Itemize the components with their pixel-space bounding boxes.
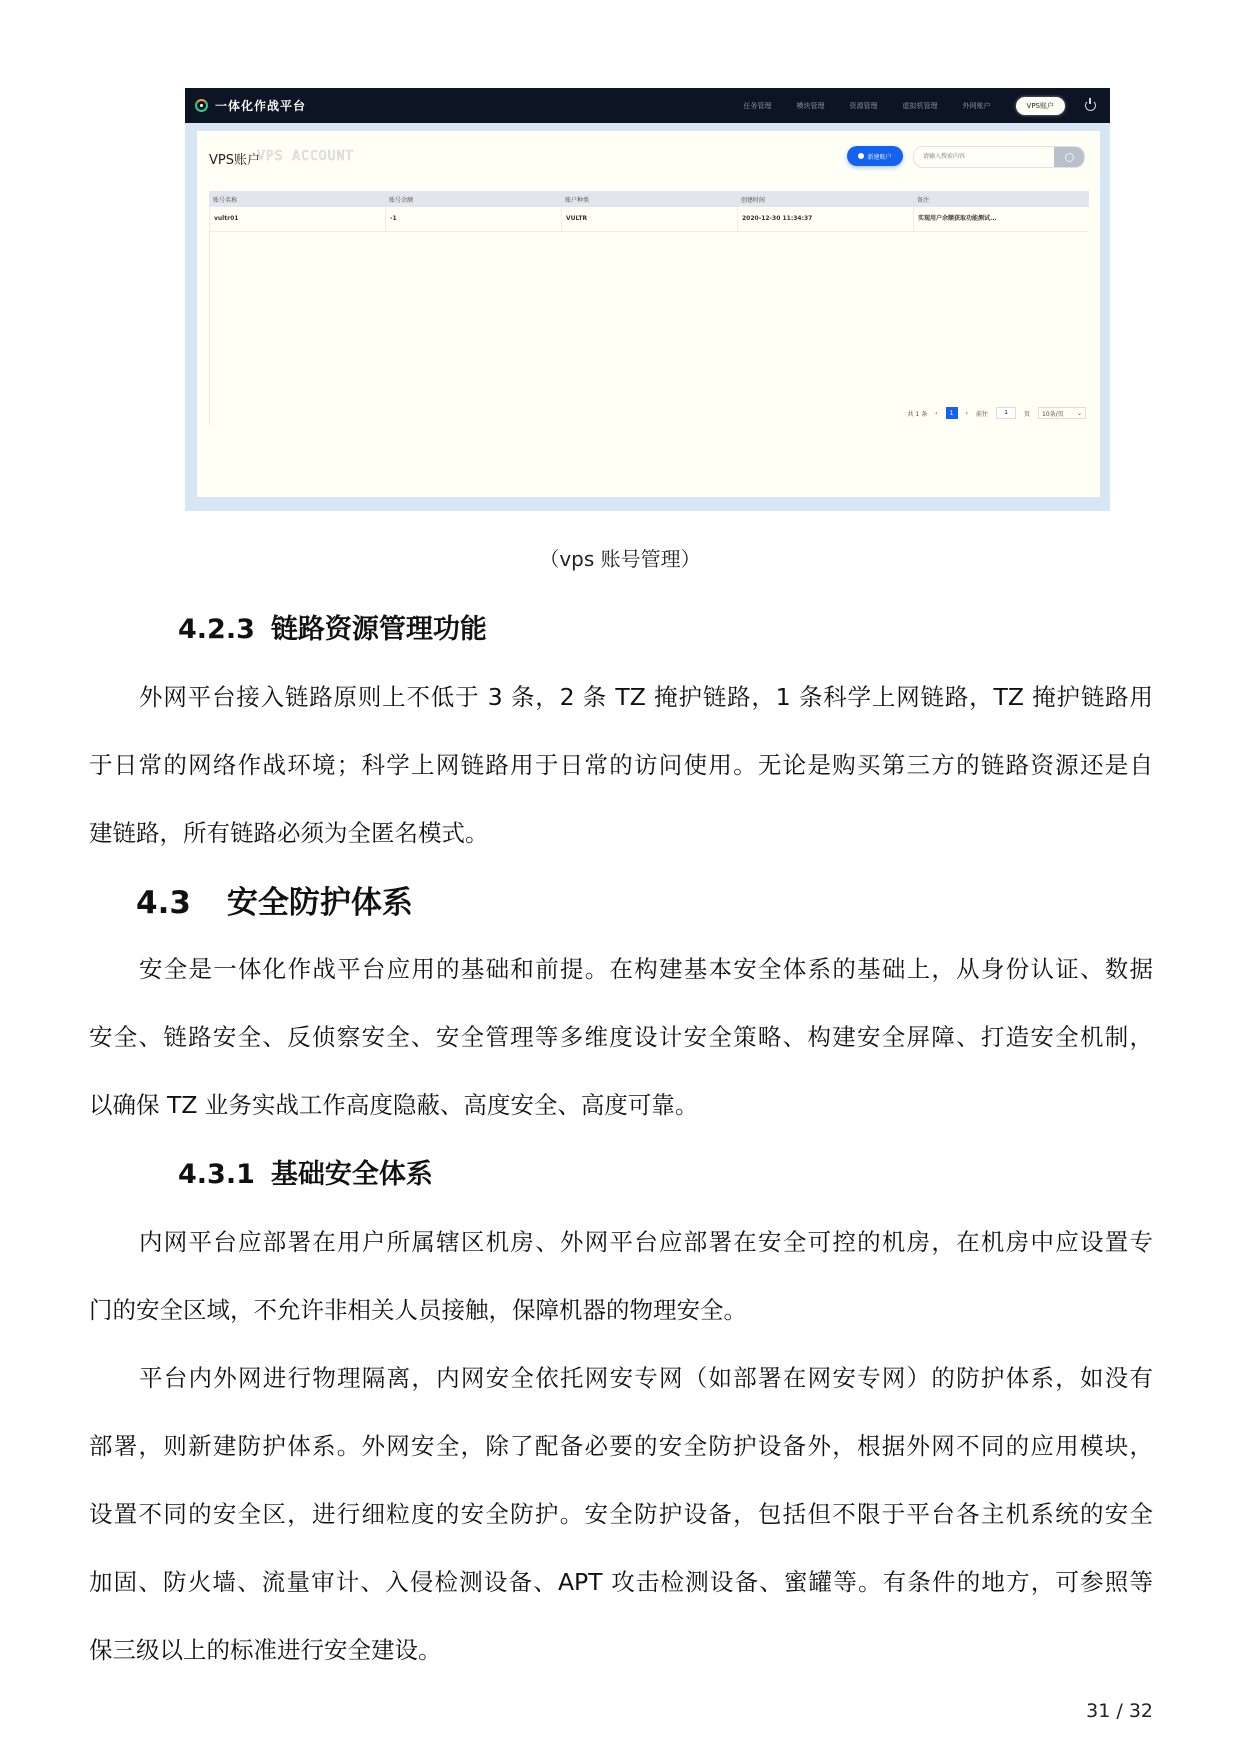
top-nav: 任务管理 模块管理 资源管理 虚拟机管理 外网账户 VPS账户 (744, 88, 1110, 123)
cell-created-time: 2020-12-30 11:34:37 (737, 207, 913, 231)
goto-page-input[interactable] (996, 407, 1016, 419)
table-header: 账号名称 账号余额 账户种类 创建时间 备注 (209, 191, 1089, 207)
heading-text: 安全防护体系 (227, 885, 413, 921)
search-button[interactable] (1054, 147, 1084, 167)
figure-caption: （vps 账号管理） (0, 543, 1240, 572)
app-header: 一体化作战平台 任务管理 模块管理 资源管理 虚拟机管理 外网账户 VPS账户 (185, 88, 1110, 123)
cell-remark: 实现用户余额获取功能测试... (913, 207, 1089, 231)
col-created-time[interactable]: 创建时间 (737, 195, 913, 204)
goto-suffix: 页 (1024, 409, 1030, 418)
paragraph-line: 设置不同的安全区，进行细粒度的安全防护。安全防护设备，包括但不限于平台各主机系统… (89, 1495, 1153, 1529)
heading-number: 4.2.3 (178, 614, 255, 645)
embedded-screenshot: 一体化作战平台 任务管理 模块管理 资源管理 虚拟机管理 外网账户 VPS账户 … (185, 88, 1110, 511)
page-size-select[interactable]: 10条/页 ⌄ (1038, 407, 1086, 419)
total-count: 共 1 条 (908, 409, 928, 418)
page-title: VPS账户 (209, 149, 260, 168)
paragraph-line: 保三级以上的标准进行安全建设。 (89, 1631, 1153, 1665)
content-card: VPS账户 VPS ACCOUNT 新建账户 账号名称 账号余额 账户种类 创建… (197, 131, 1100, 497)
heading-4-2-3: 4.2.3链路资源管理功能 (178, 607, 487, 646)
plus-icon (858, 153, 864, 159)
col-remark[interactable]: 备注 (913, 195, 1089, 204)
col-balance[interactable]: 账号余额 (385, 195, 561, 204)
search-box (913, 146, 1085, 168)
col-account-type[interactable]: 账户种类 (561, 195, 737, 204)
paragraph-line: 门的安全区域，不允许非相关人员接触，保障机器的物理安全。 (89, 1291, 1153, 1325)
page-title-en: VPS ACCOUNT (257, 149, 354, 164)
nav-module-management[interactable]: 模块管理 (797, 101, 825, 111)
search-icon (1065, 153, 1074, 162)
paragraph-line: 外网平台接入链路原则上不低于 3 条，2 条 TZ 掩护链路，1 条科学上网链路… (139, 678, 1153, 712)
heading-text: 基础安全体系 (271, 1159, 433, 1190)
goto-label: 前往 (976, 409, 988, 418)
app-title: 一体化作战平台 (215, 97, 306, 114)
page-number-current[interactable]: 1 (946, 407, 958, 419)
paragraph-line: 安全是一体化作战平台应用的基础和前提。在构建基本安全体系的基础上，从身份认证、数… (139, 950, 1153, 984)
nav-vm-management[interactable]: 虚拟机管理 (903, 101, 938, 111)
pagination: 共 1 条 ‹ 1 › 前往 页 10条/页 ⌄ (900, 407, 1086, 419)
heading-number: 4.3 (136, 885, 191, 921)
page-number: 31 / 32 (1086, 1700, 1153, 1722)
table-row[interactable]: vultr01 -1 VULTR 2020-12-30 11:34:37 实现用… (209, 207, 1089, 232)
paragraph-line: 于日常的网络作战环境；科学上网链路用于日常的访问使用。无论是购买第三方的链路资源… (89, 746, 1153, 780)
nav-task-management[interactable]: 任务管理 (744, 101, 772, 111)
paragraph-line: 加固、防火墙、流量审计、入侵检测设备、APT 攻击检测设备、蜜罐等。有条件的地方… (89, 1563, 1153, 1597)
col-account-name[interactable]: 账号名称 (209, 195, 385, 204)
vps-account-table: 账号名称 账号余额 账户种类 创建时间 备注 vultr01 -1 VULTR … (209, 191, 1089, 425)
next-page-button[interactable]: › (966, 410, 968, 417)
nav-vps-account[interactable]: VPS账户 (1016, 97, 1065, 115)
paragraph-line: 以确保 TZ 业务实战工作高度隐蔽、高度安全、高度可靠。 (89, 1086, 1153, 1120)
paragraph-line: 平台内外网进行物理隔离，内网安全依托网安专网（如部署在网安专网）的防护体系，如没… (139, 1359, 1153, 1393)
power-icon[interactable] (1085, 100, 1096, 111)
nav-external-account[interactable]: 外网账户 (963, 101, 991, 111)
paragraph-line: 内网平台应部署在用户所属辖区机房、外网平台应部署在安全可控的机房，在机房中应设置… (139, 1223, 1153, 1257)
table-empty-area (209, 232, 1089, 425)
chevron-down-icon: ⌄ (1077, 410, 1082, 417)
cell-account-name: vultr01 (209, 207, 385, 231)
page-size-value: 10条/页 (1042, 409, 1064, 418)
logo-icon (195, 99, 208, 112)
heading-4-3: 4.3安全防护体系 (136, 877, 413, 922)
nav-resource-management[interactable]: 资源管理 (850, 101, 878, 111)
paragraph-line: 建链路，所有链路必须为全匿名模式。 (89, 814, 1153, 848)
cell-account-type: VULTR (561, 207, 737, 231)
paragraph-line: 安全、链路安全、反侦察安全、安全管理等多维度设计安全策略、构建安全屏障、打造安全… (89, 1018, 1153, 1052)
heading-4-3-1: 4.3.1基础安全体系 (178, 1152, 433, 1191)
add-account-label: 新建账户 (867, 152, 891, 161)
search-input[interactable] (914, 147, 1054, 167)
add-account-button[interactable]: 新建账户 (847, 146, 903, 166)
heading-text: 链路资源管理功能 (271, 614, 487, 645)
paragraph-line: 部署，则新建防护体系。外网安全，除了配备必要的安全防护设备外，根据外网不同的应用… (89, 1427, 1153, 1461)
prev-page-button[interactable]: ‹ (935, 410, 937, 417)
cell-balance: -1 (385, 207, 561, 231)
heading-number: 4.3.1 (178, 1159, 255, 1190)
